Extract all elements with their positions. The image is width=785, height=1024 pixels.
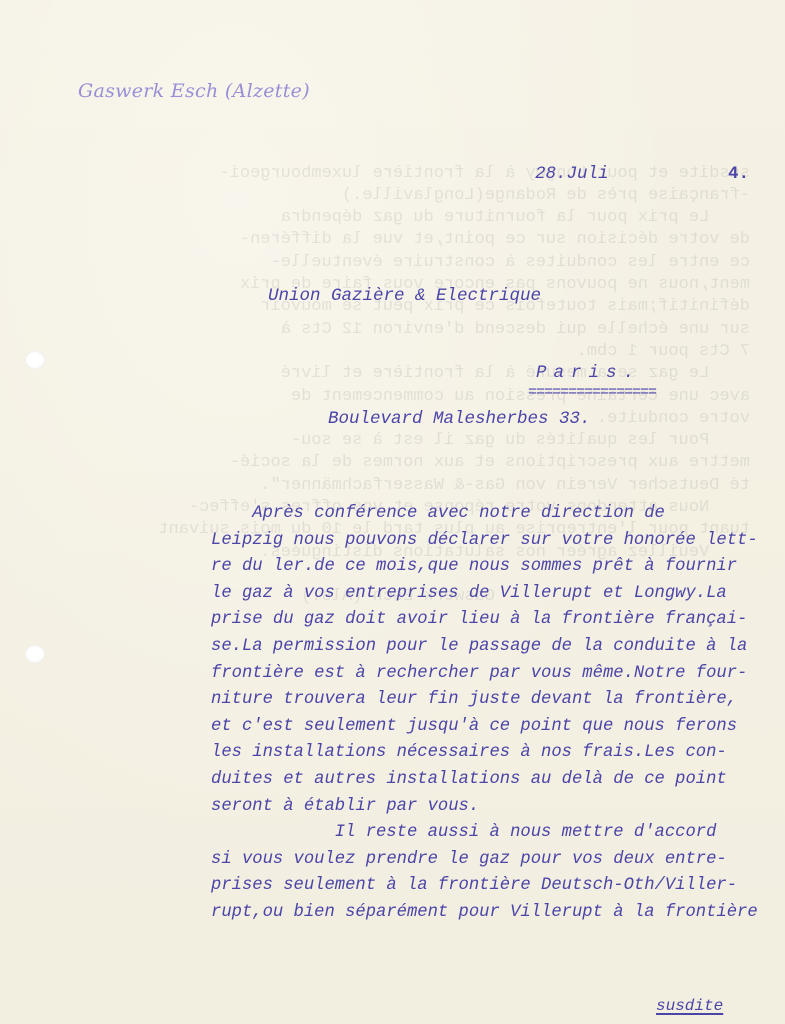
bleed-line: Le prix pour la fourniture du gaz dépend… xyxy=(30,207,750,229)
bleed-line: -française près de Rodange(Longlaville.) xyxy=(30,185,750,207)
letter-body: Après conférence avec notre direction de… xyxy=(211,501,785,927)
punch-hole-top xyxy=(25,351,45,369)
bleed-line: susdite et pour Longwy à la frontière lu… xyxy=(30,163,750,185)
letter-date: 28.Juli xyxy=(535,164,609,184)
body-line: re du ler.de ce mois,que nous sommes prê… xyxy=(211,554,785,581)
city-underline-rule: ================ xyxy=(528,384,656,401)
body-line: prises seulement à la frontière Deutsch-… xyxy=(211,873,785,900)
addressee-name: Union Gazière & Electrique xyxy=(268,286,541,306)
body-line: le gaz à vos entreprises de Villerupt et… xyxy=(211,581,785,608)
body-line: se.La permission pour le passage de la c… xyxy=(211,634,785,661)
body-line: Leipzig nous pouvons déclarer sur votre … xyxy=(211,528,785,555)
body-line: prise du gaz doit avoir lieu à la fronti… xyxy=(211,607,785,634)
body-line: seront à établir par vous. xyxy=(211,794,785,821)
page-number: 4. xyxy=(728,164,749,184)
body-line: niture trouvera leur fin juste devant la… xyxy=(211,687,785,714)
bleed-line: sur une échelle qui descend d'environ 12… xyxy=(30,319,750,341)
punch-hole-bottom xyxy=(25,645,45,663)
document-page: susdite et pour Longwy à la frontière lu… xyxy=(0,0,785,1024)
body-line: Il reste aussi à nous mettre d'accord xyxy=(211,820,785,847)
addressee-street: Boulevard Malesherbes 33. xyxy=(328,409,591,429)
body-line: Après conférence avec notre direction de xyxy=(211,501,785,528)
body-line: et c'est seulement jusqu'à ce point que … xyxy=(211,714,785,741)
body-line: duites et autres installations au delà d… xyxy=(211,767,785,794)
bleed-line: Le gaz sera mesuré à la frontière et liv… xyxy=(30,363,750,385)
bleed-line: 7 Cts pour 1 cbm. xyxy=(30,341,750,363)
bleed-line: ce entre les conduites à construire éven… xyxy=(30,252,750,274)
body-line: frontière est à rechercher par vous même… xyxy=(211,661,785,688)
body-line: les installations nécessaires à nos frai… xyxy=(211,740,785,767)
letterhead-stamp: Gaswerk Esch (Alzette) xyxy=(78,80,310,102)
body-line: rupt,ou bien séparément pour Villerupt à… xyxy=(211,900,785,927)
bleed-line: mettre aux prescriptions et aux normes d… xyxy=(30,452,750,474)
bleed-line: Pour les qualités du gaz il est à se sou… xyxy=(30,430,750,452)
body-line: si vous voulez prendre le gaz pour vos d… xyxy=(211,847,785,874)
addressee-city: Paris. xyxy=(536,363,641,383)
bleed-line: té Deutscher Verein von Gas-& Wasserfach… xyxy=(30,475,750,497)
catchword-footer: susdite xyxy=(656,997,723,1015)
bleed-line: de votre décision sur ce point,et vue la… xyxy=(30,229,750,251)
